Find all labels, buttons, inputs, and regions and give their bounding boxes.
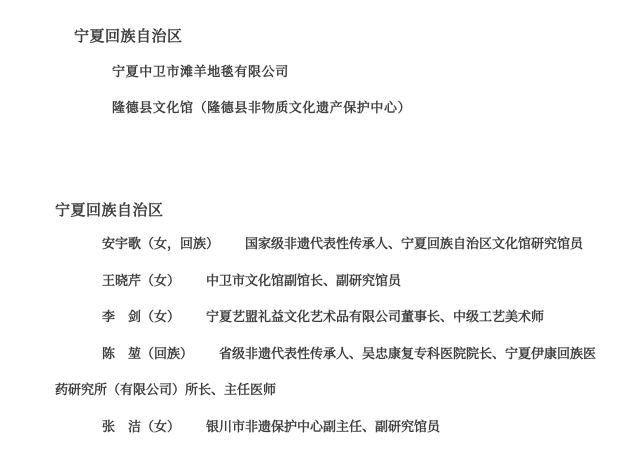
honoree-title: 中卫市文化馆副馆长、副研究馆员 (206, 273, 401, 288)
honoree-note: （女） (141, 309, 180, 324)
honoree-name: 王晓芹 (102, 273, 141, 288)
name-title-gap (180, 320, 206, 321)
organization-item-2: 隆德县文化馆（隆德县非物质文化遗产保护中心） (112, 97, 411, 116)
honoree-note: （女） (141, 419, 180, 434)
honoree-name: 安宇歌 (102, 236, 141, 251)
honoree-title: 银川市非遗保护中心副主任、副研究馆员 (206, 419, 440, 434)
name-title-gap (180, 284, 206, 285)
honoree-note: （女） (141, 273, 180, 288)
honoree-entry-3: 李 剑（女）宁夏艺盟礼益文化艺术品有限公司董事长、中级工艺美术师 (55, 299, 601, 336)
honoree-name: 张 洁 (102, 419, 141, 434)
name-title-gap (180, 430, 206, 431)
honoree-entry-2: 王晓芹（女）中卫市文化馆副馆长、副研究馆员 (55, 263, 601, 300)
name-title-gap (193, 357, 219, 358)
honoree-name: 李 剑 (102, 309, 141, 324)
honorees-list: 安宇歌（女，回族）国家级非遗代表性传承人、宁夏回族自治区文化馆研究馆员 王晓芹（… (55, 226, 601, 445)
document-page: 宁夏回族自治区 宁夏中卫市滩羊地毯有限公司 隆德县文化馆（隆德县非物质文化遗产保… (0, 0, 620, 471)
honoree-title: 宁夏艺盟礼益文化艺术品有限公司董事长、中级工艺美术师 (206, 309, 544, 324)
honoree-note: （女，回族） (141, 236, 219, 251)
region-heading-top: 宁夏回族自治区 (74, 25, 183, 46)
region-heading-bottom: 宁夏回族自治区 (55, 199, 164, 220)
honoree-entry-1: 安宇歌（女，回族）国家级非遗代表性传承人、宁夏回族自治区文化馆研究馆员 (55, 226, 601, 263)
honoree-entry-5: 张 洁（女）银川市非遗保护中心副主任、副研究馆员 (55, 409, 601, 446)
name-title-gap (219, 247, 245, 248)
honoree-entry-4: 陈 堃（回族）省级非遗代表性传承人、吴忠康复专科医院院长、宁夏伊康回族医药研究所… (55, 336, 601, 409)
organization-item-1: 宁夏中卫市滩羊地毯有限公司 (112, 61, 289, 80)
honoree-title: 国家级非遗代表性传承人、宁夏回族自治区文化馆研究馆员 (245, 236, 583, 251)
honoree-note: （回族） (141, 346, 193, 361)
honoree-name: 陈 堃 (102, 346, 141, 361)
